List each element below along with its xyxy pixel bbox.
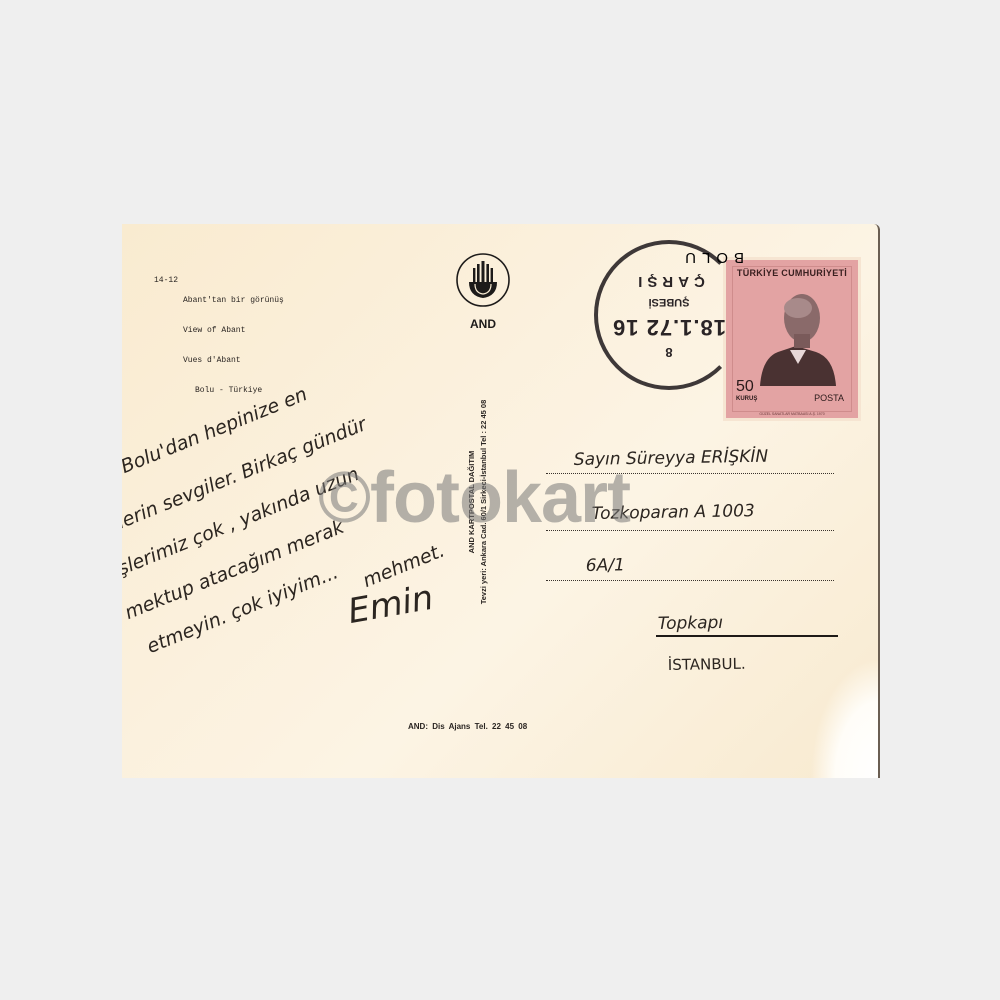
- postcard: 14-12 Abant'tan bir görünüş View of Aban…: [122, 224, 880, 778]
- caption-line-en: View of Abant: [183, 326, 284, 336]
- stamp-country: TÜRKİYE CUMHURİYETİ: [726, 268, 858, 278]
- caption-line-location: Bolu - Türkiye: [183, 386, 284, 396]
- publisher-logo-icon: [455, 252, 511, 308]
- address-recipient: Sayın Süreyya ERİŞKİN: [574, 447, 769, 470]
- caption-code: 14-12: [154, 276, 178, 286]
- signature: Emin: [345, 578, 436, 632]
- postmark: ÇARŞI ŞUBESİ 18.1.72 16 8 BOLU: [594, 240, 744, 390]
- corner-curl: [810, 658, 880, 778]
- stamp-printer: GÜZEL SANATLAR MATBAASI A.Ş. 1970: [726, 412, 858, 416]
- postmark-city: BOLU: [594, 249, 744, 266]
- address-line-rule-3: [546, 580, 834, 581]
- publisher-address: Tevzi yeri: Ankara Cad. 60/1 Sirkeci-İst…: [478, 372, 490, 632]
- caption-line-fr: Vues d'Abant: [183, 356, 284, 366]
- address-line-rule-2: [546, 530, 834, 531]
- address-district: Topkapı: [658, 613, 724, 634]
- stamp-currency: KURUŞ: [736, 396, 757, 402]
- address-underline: [656, 635, 838, 637]
- publisher-name: AND KARTPOSTAL DAĞITIM: [466, 372, 478, 632]
- address-number: 6A/1: [586, 555, 625, 576]
- address-city: İSTANBUL.: [668, 655, 746, 674]
- stamp-label: POSTA: [814, 393, 844, 403]
- caption-line-tr: Abant'tan bir görünüş: [183, 296, 284, 306]
- postcard-caption: 14-12 Abant'tan bir görünüş View of Aban…: [154, 276, 173, 316]
- address-line-rule-1: [546, 473, 834, 474]
- portrait-icon: [756, 288, 838, 386]
- footer-text: AND: Dis Ajans Tel. 22 45 08: [408, 722, 527, 731]
- address-street: Tozkoparan A 1003: [592, 501, 755, 524]
- publisher-info: AND KARTPOSTAL DAĞITIM Tevzi yeri: Ankar…: [466, 372, 490, 632]
- postage-stamp: TÜRKİYE CUMHURİYETİ 50 KURUŞ POSTA GÜZEL…: [726, 260, 858, 418]
- publisher-logo-text: AND: [462, 317, 504, 331]
